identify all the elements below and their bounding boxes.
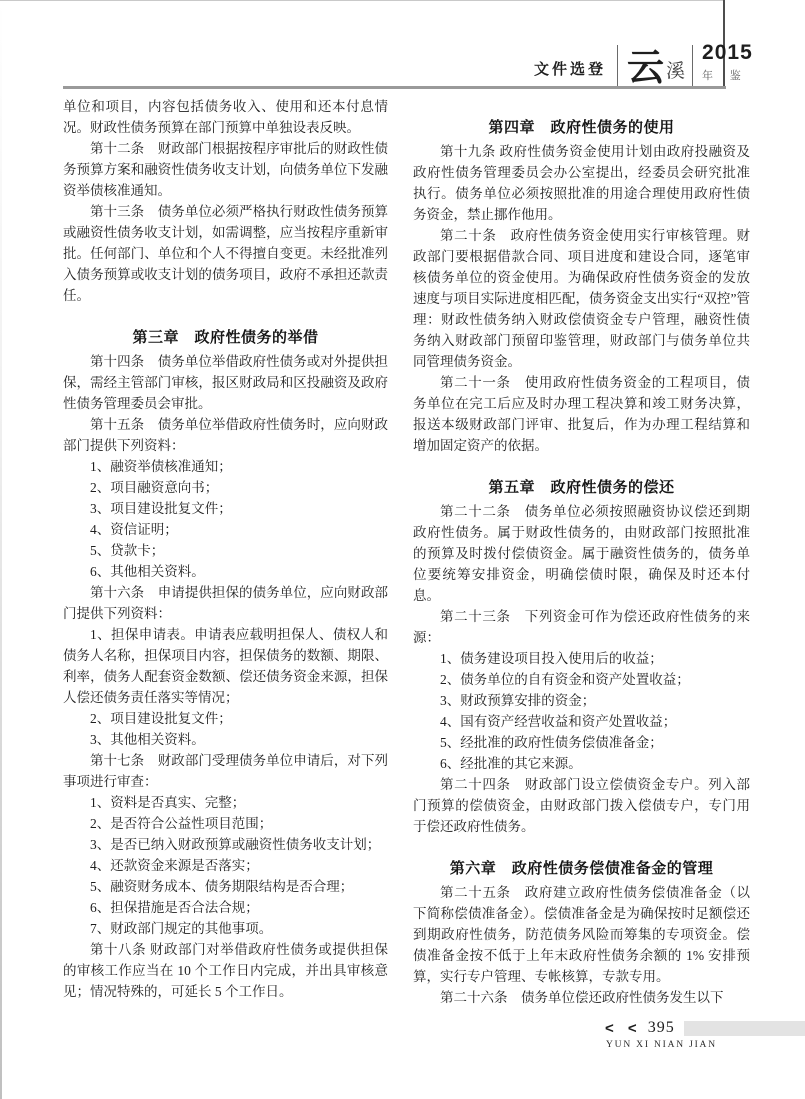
paragraph: 第二十一条 使用政府性债务资金的工程项目，债务单位在完工后应及时办理工程决算和竣… bbox=[413, 372, 750, 456]
list-item: 2、债务单位的自有资金和资产处置收益； bbox=[413, 669, 750, 690]
section-label: 文件选登 bbox=[534, 58, 606, 86]
paragraph: 第十五条 债务单位举借政府性债务时，应向财政部门提供下列资料： bbox=[63, 414, 388, 456]
chapter-heading: 第五章 政府性债务的偿还 bbox=[413, 477, 750, 498]
year-block: 2015 年 鉴 bbox=[702, 42, 753, 86]
list-item: 5、经批准的政府性债务偿债准备金； bbox=[413, 732, 750, 753]
list-item: 7、财政部门规定的其他事项。 bbox=[63, 918, 388, 939]
list-item: 5、贷款卡； bbox=[63, 540, 388, 561]
list-item: 3、其他相关资料。 bbox=[63, 729, 388, 750]
list-item: 1、担保申请表。申请表应载明担保人、债权人和债务人名称，担保项目内容，担保债务的… bbox=[63, 624, 388, 708]
yearbook-logo: 云 溪 bbox=[627, 53, 685, 86]
page-footer: < < 395 YUN XI NIAN JIAN bbox=[0, 1019, 805, 1079]
paragraph: 单位和项目，内容包括债务收入、使用和还本付息情况。财政性债务预算在部门预算中单独… bbox=[63, 96, 388, 138]
paragraph: 第十九条 政府性债务资金使用计划由政府投融资及政府性债务管理委员会办公室提出，经… bbox=[413, 141, 750, 225]
paragraph: 第二十四条 财政部门设立偿债资金专户。列入部门预算的偿债资金，由财政部门拨入偿债… bbox=[413, 774, 750, 837]
left-column: 单位和项目，内容包括债务收入、使用和还本付息情况。财政性债务预算在部门预算中单独… bbox=[63, 96, 388, 1002]
header-divider bbox=[617, 45, 618, 86]
year-label: 年 鉴 bbox=[702, 67, 748, 83]
header-masthead: 文件选登 云 溪 2015 年 鉴 bbox=[534, 38, 753, 86]
chapter-heading: 第四章 政府性债务的使用 bbox=[413, 117, 750, 138]
list-item: 6、经批准的其它来源。 bbox=[413, 753, 750, 774]
list-item: 6、其他相关资料。 bbox=[63, 561, 388, 582]
paragraph: 第十二条 财政部门根据按程序审批后的财政性债务预算方案和融资性债务收支计划，向债… bbox=[63, 138, 388, 201]
list-item: 4、国有资产经营收益和资产处置收益； bbox=[413, 711, 750, 732]
list-item: 3、是否已纳入财政预算或融资性债务收支计划； bbox=[63, 834, 388, 855]
paragraph: 第二十条 政府性债务资金使用实行审核管理。财政部门要根据借款合同、项目进度和建设… bbox=[413, 225, 750, 372]
paragraph: 第二十二条 债务单位必须按照融资协议偿还到期政府性债务。属于财政性债务的，由财政… bbox=[413, 501, 750, 606]
list-item: 3、项目建设批复文件； bbox=[63, 498, 388, 519]
paragraph: 第十八条 财政部门对举借政府性债务或提供担保的审核工作应当在 10 个工作日内完… bbox=[63, 939, 388, 1002]
right-column: 第四章 政府性债务的使用第十九条 政府性债务资金使用计划由政府投融资及政府性债务… bbox=[413, 96, 750, 1008]
list-item: 2、项目建设批复文件； bbox=[63, 708, 388, 729]
list-item: 2、项目融资意向书； bbox=[63, 477, 388, 498]
list-item: 4、资信证明； bbox=[63, 519, 388, 540]
logo-main-character: 云 bbox=[627, 53, 664, 86]
paragraph: 第十七条 财政部门受理债务单位申请后，对下列事项进行审查： bbox=[63, 750, 388, 792]
list-item: 5、融资财务成本、债务期限结构是否合理； bbox=[63, 876, 388, 897]
footer-gray-bar bbox=[684, 1021, 805, 1036]
page-left-edge-shadow bbox=[0, 0, 2, 1099]
list-item: 3、财政预算安排的资金； bbox=[413, 690, 750, 711]
paragraph: 第十三条 债务单位必须严格执行财政性债务预算或融资性债务收支计划，如需调整，应当… bbox=[63, 201, 388, 306]
header-divider bbox=[692, 45, 693, 86]
page-nav-arrows-icon: < < bbox=[605, 1020, 642, 1037]
logo-sub-character: 溪 bbox=[664, 56, 685, 86]
list-item: 1、融资举债核准通知； bbox=[63, 456, 388, 477]
year-text: 2015 bbox=[702, 42, 753, 63]
paragraph: 第十六条 申请提供担保的债务单位，应向财政部门提供下列资料： bbox=[63, 582, 388, 624]
page-number: 395 bbox=[648, 1019, 675, 1037]
paragraph: 第二十三条 下列资金可作为偿还政府性债务的来源： bbox=[413, 606, 750, 648]
list-item: 1、资料是否真实、完整； bbox=[63, 792, 388, 813]
paragraph: 第十四条 债务单位举借政府性债务或对外提供担保，需经主管部门审核，报区财政局和区… bbox=[63, 351, 388, 414]
list-item: 6、担保措施是否合法合规； bbox=[63, 897, 388, 918]
list-item: 1、债务建设项目投入使用后的收益； bbox=[413, 648, 750, 669]
chapter-heading: 第三章 政府性债务的举借 bbox=[63, 327, 388, 348]
page-top-edge bbox=[0, 0, 724, 1]
paragraph: 第二十六条 债务单位偿还政府性债务发生以下 bbox=[413, 987, 750, 1008]
page-number-row: < < 395 bbox=[605, 1019, 805, 1037]
paragraph: 第二十五条 政府建立政府性债务偿债准备金（以下简称偿债准备金）。偿债准备金是为确… bbox=[413, 882, 750, 987]
list-item: 2、是否符合公益性项目范围； bbox=[63, 813, 388, 834]
chapter-heading: 第六章 政府性债务偿债准备金的管理 bbox=[413, 858, 750, 879]
footer-romanized-title: YUN XI NIAN JIAN bbox=[606, 1040, 717, 1050]
yearbook-document-page: 文件选登 云 溪 2015 年 鉴 单位和项目，内容包括债务收入、使用和还本付息… bbox=[0, 0, 805, 1099]
list-item: 4、还款资金来源是否落实； bbox=[63, 855, 388, 876]
